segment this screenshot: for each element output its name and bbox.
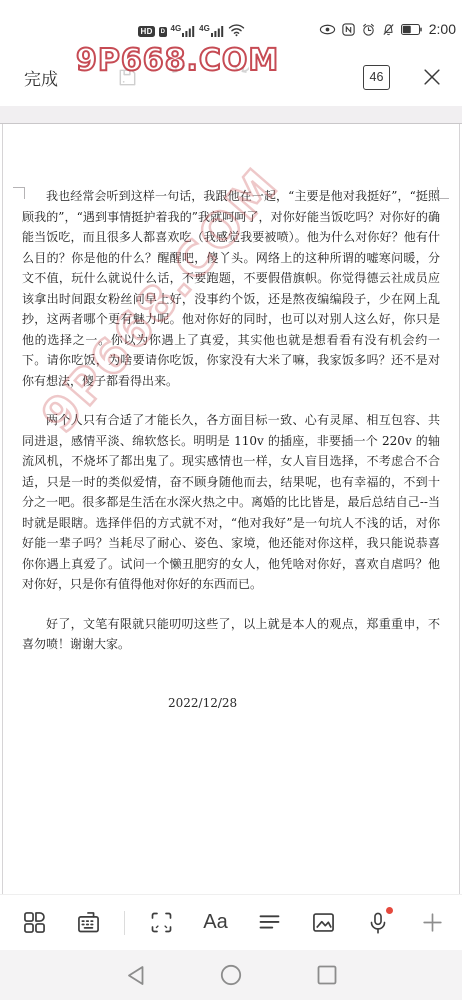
toolbar-divider <box>124 911 125 935</box>
paragraph-align-button[interactable] <box>252 903 288 943</box>
close-icon <box>421 66 443 88</box>
sim1-signal-icon: 4G <box>171 24 196 37</box>
edit-toolbar: 完成 46 <box>0 48 462 106</box>
add-button[interactable] <box>414 903 450 943</box>
document-body: 我也经常会听到这样一句话，我跟他在一起，“主要是他对我挺好”，“挺照顾我的”，“… <box>3 124 459 713</box>
document-page[interactable]: 我也经常会听到这样一句话，我跟他在一起，“主要是他对我挺好”，“挺照顾我的”，“… <box>2 124 460 894</box>
voice-input-button[interactable] <box>360 903 396 943</box>
paragraph[interactable]: 我也经常会听到这样一句话，我跟他在一起，“主要是他对我挺好”，“挺照顾我的”，“… <box>22 186 440 391</box>
paragraph[interactable]: 两个人只有合适了才能长久，各方面目标一致、心有灵犀、相互包容、共同进退，感情平淡… <box>22 410 440 595</box>
wifi-icon <box>228 23 245 37</box>
image-icon <box>310 909 337 936</box>
add-icon <box>420 910 445 935</box>
eye-comfort-icon <box>319 23 336 36</box>
redo-button[interactable] <box>224 64 250 90</box>
font-button[interactable]: Aa <box>198 903 234 943</box>
status-time: 2:00 <box>429 21 456 37</box>
nfc-icon <box>341 22 356 37</box>
page-count-badge[interactable]: 46 <box>363 65 390 90</box>
home-icon <box>220 964 242 986</box>
back-button[interactable] <box>124 964 146 986</box>
paragraph[interactable]: 好了，文笔有限就只能叨叨这些了，以上就是本人的观点，郑重重申，不喜勿喷！谢谢大家… <box>22 614 440 655</box>
redo-icon <box>225 65 249 89</box>
text-boundary-mark-left <box>13 187 25 199</box>
alarm-clock-icon <box>361 22 376 37</box>
undo-button[interactable] <box>169 64 195 90</box>
save-icon <box>116 66 139 89</box>
keyboard-icon <box>75 909 102 936</box>
undo-icon <box>170 65 194 89</box>
tools-grid-button[interactable] <box>16 903 52 943</box>
image-button[interactable] <box>306 903 342 943</box>
voice-badge-dot <box>386 907 393 914</box>
recents-button[interactable] <box>316 964 338 986</box>
volte-badge: D <box>159 27 166 37</box>
back-icon <box>126 965 145 986</box>
editing-toolbar: Aa <box>0 894 462 950</box>
sim2-signal-icon: 4G <box>199 24 224 37</box>
date-line[interactable]: 2022/12/28 <box>22 693 440 714</box>
font-icon: Aa <box>203 911 227 934</box>
hd-badge: HD <box>138 26 155 37</box>
battery-icon <box>401 24 422 35</box>
close-button[interactable] <box>419 64 445 90</box>
status-left-icons: HD D 4G 4G <box>138 23 245 37</box>
android-nav-bar <box>0 950 462 1000</box>
mute-bell-icon <box>381 22 396 37</box>
home-button[interactable] <box>220 964 242 986</box>
select-frame-button[interactable] <box>143 903 179 943</box>
keyboard-button[interactable] <box>70 903 106 943</box>
toolbar-shadow-band <box>0 106 462 124</box>
recents-icon <box>317 965 337 985</box>
status-right-icons: 2:00 <box>319 21 456 37</box>
paragraph-align-icon <box>256 909 283 936</box>
save-button[interactable] <box>114 64 140 90</box>
done-button[interactable]: 完成 <box>24 65 58 90</box>
select-frame-icon <box>148 909 175 936</box>
tools-grid-icon <box>21 909 48 936</box>
status-bar: HD D 4G 4G <box>0 0 462 46</box>
text-boundary-mark-right <box>437 187 449 199</box>
